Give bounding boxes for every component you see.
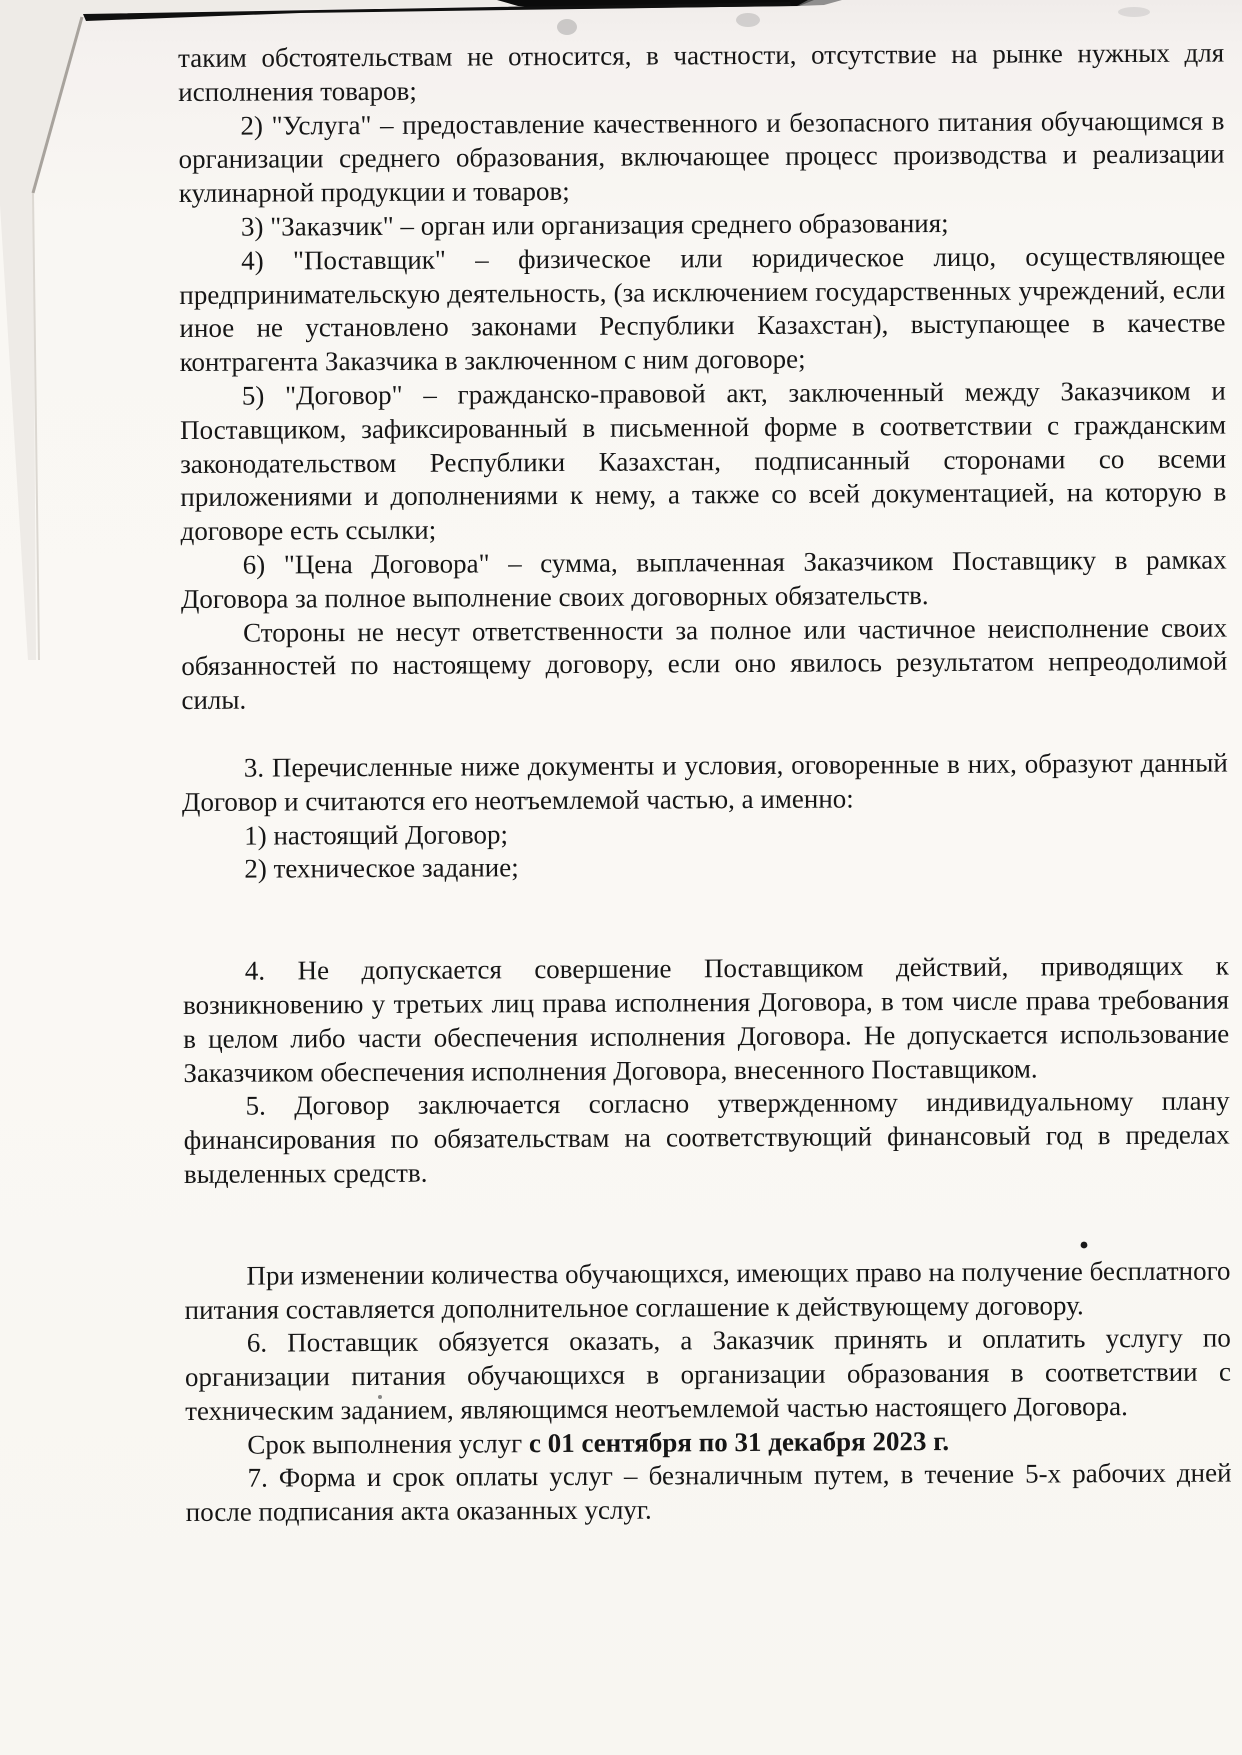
scan-top-edge-band xyxy=(497,0,814,9)
paragraph: 3) "Заказчик" – орган или организация ср… xyxy=(179,206,1225,245)
paragraph: 6) "Цена Договора" – сумма, выплаченная … xyxy=(181,543,1227,616)
paragraph: 2) "Услуга" – предоставление качественно… xyxy=(178,104,1225,211)
scan-smudge xyxy=(557,19,577,35)
paragraph: Срок выполнения услуг с 01 сентября по 3… xyxy=(185,1423,1231,1462)
paragraph: 7. Форма и срок оплаты услуг – безналичн… xyxy=(185,1457,1231,1530)
scanned-page: таким обстоятельствам не относится, в ча… xyxy=(0,0,1242,1755)
paragraph: 2) техническое задание; xyxy=(182,848,1228,887)
paragraph: Стороны не несут ответственности за полн… xyxy=(181,611,1228,718)
paragraph: 5. Договор заключается согласно утвержде… xyxy=(183,1085,1230,1192)
paragraph: При изменении количества обучающихся, им… xyxy=(184,1254,1230,1327)
paragraph: 6. Поставщик обязуется оказать, а Заказч… xyxy=(185,1322,1232,1429)
paragraph-text: Срок выполнения услуг xyxy=(247,1428,529,1459)
paragraph: 5) "Договор" – гражданско-правовой акт, … xyxy=(180,374,1227,548)
document-text: таким обстоятельствам не относится, в ча… xyxy=(178,37,1232,1531)
scan-smudge xyxy=(1118,7,1150,17)
page-corner-edge xyxy=(33,17,82,193)
scan-smudge xyxy=(736,13,760,27)
paragraph: 4) "Поставщик" – физическое или юридичес… xyxy=(179,239,1226,380)
page-left-edge xyxy=(33,193,39,660)
paragraph-bold-text: с 01 сентября по 31 декабря 2023 г. xyxy=(529,1426,949,1458)
paragraph: 4. Не допускается совершение Поставщиком… xyxy=(183,950,1230,1091)
scan-top-edge-fade xyxy=(797,0,842,6)
paragraph: 3. Перечисленные ниже документы и услови… xyxy=(182,746,1228,819)
paragraph: 1) настоящий Договор; xyxy=(182,814,1228,853)
paragraph: таким обстоятельствам не относится, в ча… xyxy=(178,37,1224,110)
page-top-edge-line xyxy=(83,2,791,21)
